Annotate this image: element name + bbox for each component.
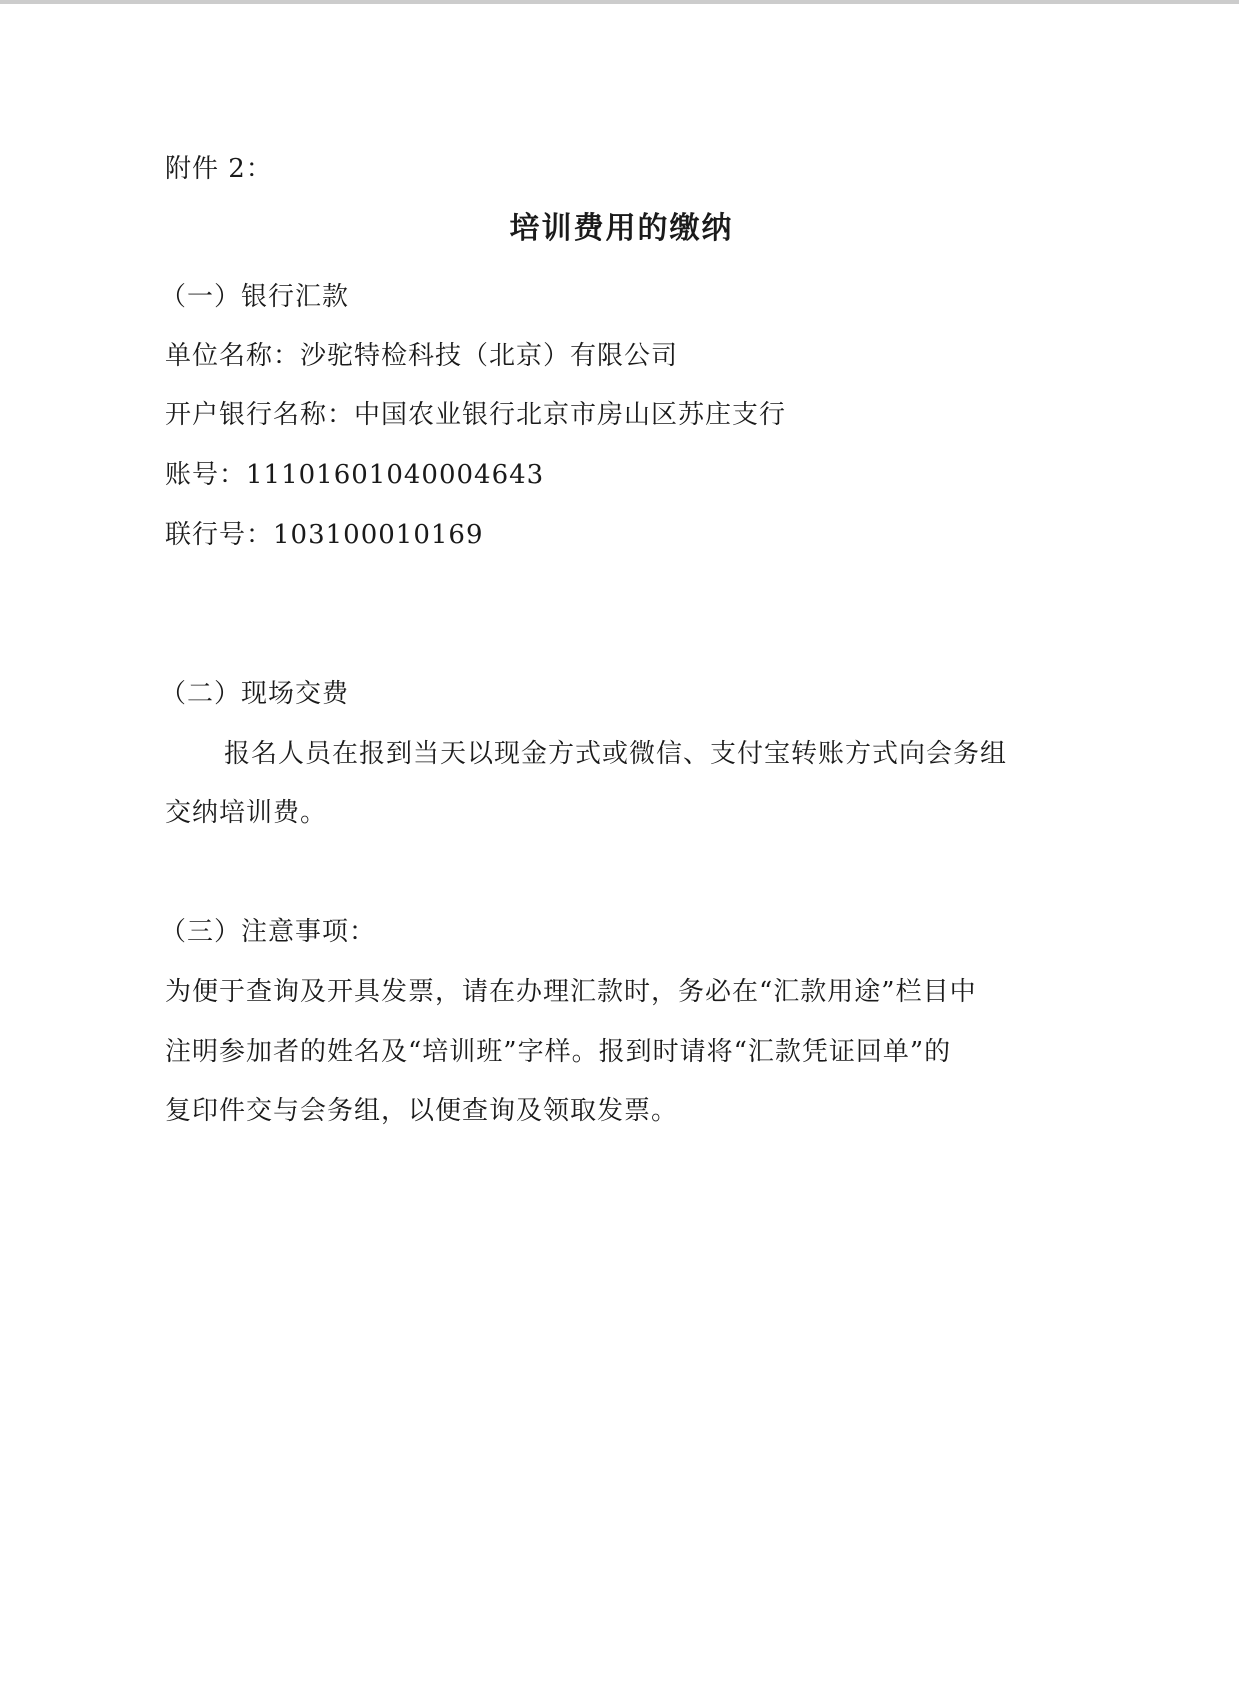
- onsite-payment-paragraph-line-1: 报名人员在报到当天以现金方式或微信、支付宝转账方式向会务组: [224, 737, 1007, 771]
- notes-paragraph-line-3: 复印件交与会务组，以便查询及领取发票。: [165, 1094, 678, 1128]
- section-heading-notes: （三）注意事项：: [160, 915, 376, 949]
- onsite-payment-paragraph-line-2: 交纳培训费。: [165, 796, 327, 830]
- company-name-line: 单位名称：沙驼特检科技（北京）有限公司: [165, 339, 678, 373]
- bank-code-line: 联行号：103100010169: [165, 518, 484, 552]
- document-page: 附件 2： 培训费用的缴纳 （一）银行汇款 单位名称：沙驼特检科技（北京）有限公…: [0, 0, 1239, 1696]
- notes-paragraph-line-1: 为便于查询及开具发票，请在办理汇款时，务必在“汇款用途”栏目中: [165, 975, 977, 1009]
- bank-name-line: 开户银行名称：中国农业银行北京市房山区苏庄支行: [165, 398, 786, 432]
- account-number-line: 账号：11101601040004643: [165, 458, 544, 492]
- notes-paragraph-line-2: 注明参加者的姓名及“培训班”字样。报到时请将“汇款凭证回单”的: [165, 1035, 951, 1069]
- attachment-label: 附件 2：: [165, 152, 273, 186]
- section-heading-bank-remittance: （一）银行汇款: [160, 280, 349, 314]
- document-title: 培训费用的缴纳: [0, 210, 1239, 248]
- section-heading-onsite-payment: （二）现场交费: [160, 677, 349, 711]
